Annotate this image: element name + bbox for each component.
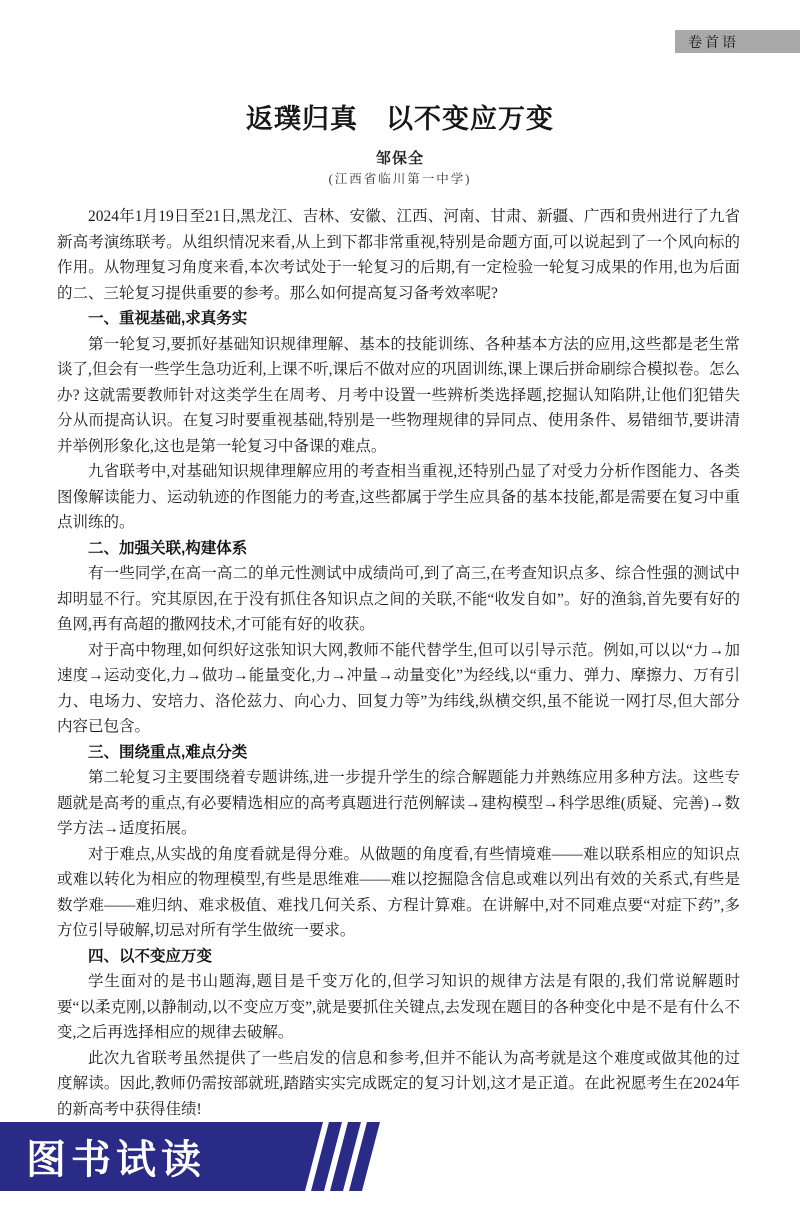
section-heading-2: 二、加强关联,构建体系 — [57, 536, 740, 562]
article-author: 邹保全 — [0, 147, 800, 168]
section-heading-3: 三、围绕重点,难点分类 — [57, 740, 740, 766]
paragraph-intro: 2024年1月19日至21日,黑龙江、吉林、安徽、江西、河南、甘肃、新疆、广西和… — [57, 204, 740, 306]
paragraph: 有一些同学,在高一高二的单元性测试中成绩尚可,到了高三,在考查知识点多、综合性强… — [57, 561, 740, 638]
section-heading-1: 一、重视基础,求真务实 — [57, 306, 740, 332]
section-heading-4: 四、以不变应万变 — [57, 944, 740, 970]
paragraph: 学生面对的是书山题海,题目是千变万化的,但学习知识的规律方法是有限的,我们常说解… — [57, 969, 740, 1046]
footer-banner-bar: 图书试读 — [0, 1122, 323, 1191]
paragraph: 第二轮复习主要围绕着专题讲练,进一步提升学生的综合解题能力并熟练应用多种方法。这… — [57, 765, 740, 842]
article-body: 2024年1月19日至21日,黑龙江、吉林、安徽、江西、河南、甘肃、新疆、广西和… — [57, 204, 740, 1122]
paragraph: 对于高中物理,如何织好这张知识大网,教师不能代替学生,但可以引导示范。例如,可以… — [57, 638, 740, 740]
paragraph: 第一轮复习,要抓好基础知识规律理解、基本的技能训练、各种基本方法的应用,这些都是… — [57, 332, 740, 460]
corner-badge-label: 卷首语 — [688, 32, 739, 52]
paragraph: 九省联考中,对基础知识规律理解应用的考查相当重视,还特别凸显了对受力分析作图能力… — [57, 459, 740, 536]
article-title: 返璞归真 以不变应万变 — [0, 97, 800, 136]
paragraph: 对于难点,从实战的角度看就是得分难。从做题的角度看,有些情境难——难以联系相应的… — [57, 842, 740, 944]
paragraph: 此次九省联考虽然提供了一些启发的信息和参考,但并不能认为高考就是这个难度或做其他… — [57, 1046, 740, 1123]
article-affiliation: (江西省临川第一中学) — [0, 169, 800, 187]
corner-badge: 卷首语 — [675, 30, 800, 53]
footer-banner: 图书试读 — [0, 1122, 420, 1191]
footer-banner-label: 图书试读 — [0, 1128, 206, 1185]
